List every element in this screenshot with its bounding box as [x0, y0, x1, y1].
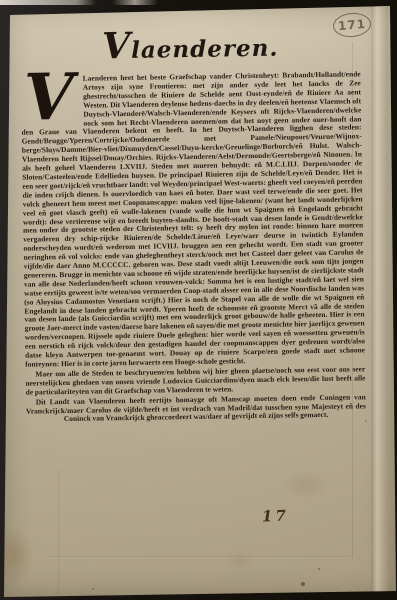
photo-background: 171 Vlaenderen. VLaenderen heet het best…: [0, 0, 397, 600]
page-number: 17: [262, 507, 289, 526]
page-crease-vertical-bottom: [58, 468, 59, 596]
paragraph-1: VLaenderen heet het beste Graefschap van…: [21, 70, 366, 369]
page-crease-horizontal: [48, 556, 348, 557]
drop-cap-initial: V: [21, 76, 78, 125]
background-sliver-mid: [112, 0, 158, 5]
printed-content: Vlaenderen. VLaenderen heet het beste Gr…: [20, 27, 366, 426]
book-page: 171 Vlaenderen. VLaenderen heet het best…: [0, 0, 397, 600]
body-text: VLaenderen heet het beste Graefschap van…: [21, 70, 366, 425]
background-sliver-left: [0, 0, 96, 5]
paragraph-3: Dit Landt van Vlaenderen heeft eertijts …: [26, 393, 366, 425]
